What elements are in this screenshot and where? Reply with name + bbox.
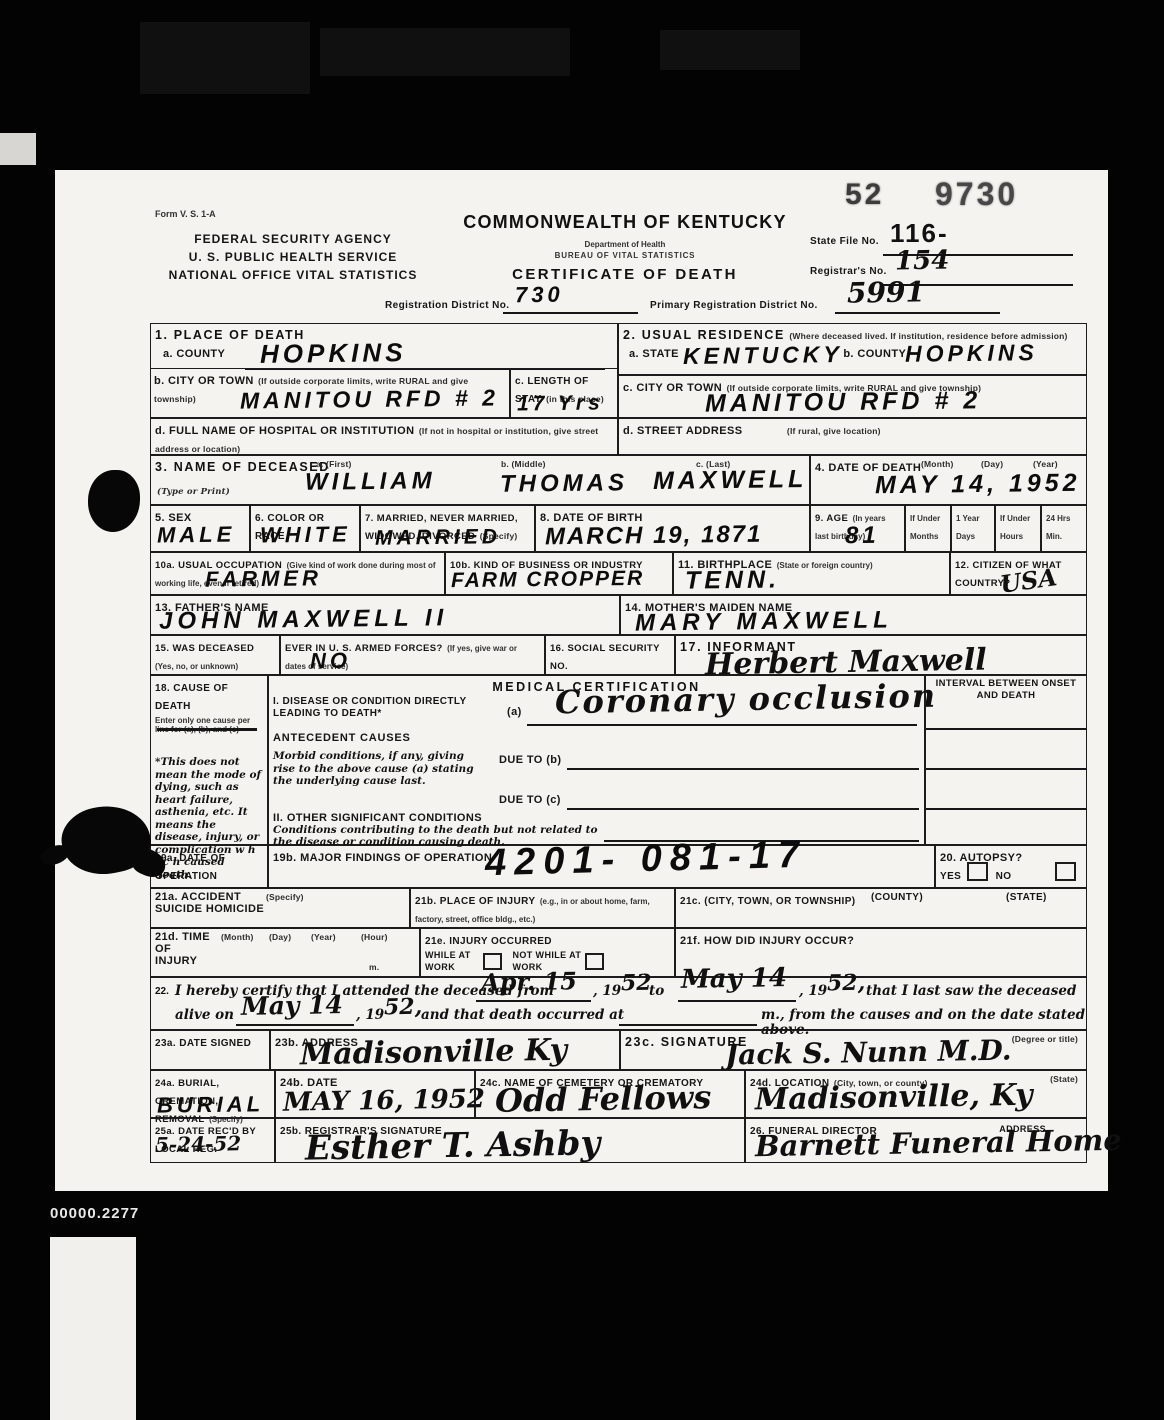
field-1a-value: HOPKINS bbox=[260, 337, 407, 370]
field-21d-m: m. bbox=[369, 963, 379, 973]
field-5-value: MALE bbox=[157, 522, 236, 549]
rule bbox=[527, 724, 917, 726]
field-21f-label: 21f. HOW DID INJURY OCCUR? bbox=[680, 935, 854, 947]
field-1c-value: 17 Yrs bbox=[517, 391, 604, 416]
other-conditions-label: II. OTHER SIGNIFICANT CONDITIONS bbox=[273, 812, 482, 824]
field-9-under24-min: 24 Hrs Min. bbox=[1041, 505, 1087, 552]
field-2d-note: (If rural, give location) bbox=[787, 426, 881, 436]
rule bbox=[678, 1000, 796, 1002]
cert-text-5: that I last saw the deceased bbox=[866, 984, 1076, 999]
field-20-no-label: NO bbox=[996, 871, 1012, 882]
field-21d-label: 21d. TIME OF INJURY bbox=[155, 931, 210, 967]
scan-artifact bbox=[660, 30, 800, 70]
field-18-label: 18. CAUSE OF DEATH bbox=[155, 683, 228, 712]
morbid-note: Morbid conditions, if any, giving rise t… bbox=[273, 750, 483, 788]
rule bbox=[476, 1000, 591, 1002]
interval-column: INTERVAL BETWEEN ONSET AND DEATH bbox=[925, 675, 1087, 845]
col-label: Months bbox=[910, 532, 938, 541]
scan-artifact bbox=[140, 22, 310, 94]
field-2c-value: MANITOU RFD # 2 bbox=[705, 386, 982, 418]
cause-of-death-value: Coronary occlusion bbox=[555, 677, 938, 722]
field-1d-hospital: d. FULL NAME OF HOSPITAL OR INSTITUTION … bbox=[150, 418, 618, 455]
due-to-c-label: DUE TO (c) bbox=[499, 794, 561, 806]
field-10b-value: FARM CROPPER bbox=[451, 567, 644, 593]
autopsy-yes-checkbox bbox=[967, 862, 988, 881]
scan-artifact bbox=[0, 133, 36, 165]
rule bbox=[835, 312, 1000, 314]
paper-edge-tab bbox=[50, 1237, 136, 1420]
field-4-value: MAY 14, 1952 bbox=[875, 469, 1081, 501]
reg-district-value: 730 bbox=[515, 282, 564, 309]
certificate-page: Form V. S. 1-A FEDERAL SECURITY AGENCY U… bbox=[55, 170, 1108, 1191]
certificate-title: CERTIFICATE OF DEATH bbox=[440, 266, 810, 283]
col-label: Days bbox=[956, 532, 975, 541]
field-10a-value: FARMER bbox=[205, 565, 322, 592]
field-3-sub: (Type or Print) bbox=[157, 488, 230, 498]
field-1a-label: a. COUNTY bbox=[163, 348, 225, 360]
field-3-label: 3. NAME OF DECEASED bbox=[155, 460, 330, 474]
primary-district-value: 5991 bbox=[847, 275, 926, 309]
form-number: Form V. S. 1-A bbox=[155, 210, 216, 219]
field-8-value: MARCH 19, 1871 bbox=[545, 521, 763, 552]
rule bbox=[926, 768, 1086, 770]
field-3-first-value: WILLIAM bbox=[305, 467, 436, 497]
rule bbox=[567, 808, 919, 810]
cert-from-date: Apr. 15 bbox=[481, 973, 577, 990]
col-label: 24 Hrs bbox=[1046, 514, 1070, 523]
field-9-under24-hours: If Under Hours bbox=[995, 505, 1041, 552]
field-11-note: (State or foreign country) bbox=[777, 561, 873, 570]
field-2a-label: a. STATE bbox=[629, 348, 679, 360]
field-15-value: NO bbox=[310, 648, 351, 674]
field-6-value: WHITE bbox=[260, 521, 351, 548]
agency-line: NATIONAL OFFICE VITAL STATISTICS bbox=[143, 266, 443, 284]
antecedent-label: ANTECEDENT CAUSES bbox=[273, 732, 411, 744]
field-21a-label: 21a. ACCIDENT SUICIDE HOMICIDE bbox=[155, 891, 265, 915]
field-15-label: 15. WAS DECEASED bbox=[155, 643, 254, 654]
field-3-middle-label: b. (Middle) bbox=[501, 460, 546, 470]
state-file-value: 116- bbox=[890, 218, 949, 249]
interval-label: INTERVAL BETWEEN ONSET AND DEATH bbox=[930, 678, 1082, 702]
field-21d-month: (Month) bbox=[221, 933, 254, 943]
field-21c-city-town: 21c. (CITY, TOWN, OR TOWNSHIP) (COUNTY) … bbox=[675, 888, 1087, 928]
field-11-value: TENN. bbox=[685, 565, 780, 595]
microfilm-number: 00000.2277 bbox=[50, 1205, 139, 1222]
col-label: Hours bbox=[1000, 532, 1023, 541]
field-21e-while: WHILE AT WORK bbox=[425, 949, 480, 973]
field-18-note: Enter only one cause per line for (a), (… bbox=[155, 716, 263, 734]
field-3-middle-value: THOMAS bbox=[500, 469, 628, 499]
stamp-number-left: 52 bbox=[845, 178, 884, 212]
stamp-number-right: 9730 bbox=[935, 176, 1018, 213]
field-21b-place-of-injury: 21b. PLACE OF INJURY (e.g., in or about … bbox=[410, 888, 675, 928]
cert-text-8: and that death occurred at bbox=[421, 1008, 624, 1023]
reg-district-label: Registration District No. bbox=[385, 300, 509, 312]
cert-year-2: 52, bbox=[827, 976, 866, 992]
commonwealth-title: COMMONWEALTH OF KENTUCKY bbox=[440, 212, 810, 233]
field-21a-accident: 21a. ACCIDENT SUICIDE HOMICIDE (Specify) bbox=[150, 888, 410, 928]
field-15-note: (Yes, no, or unknown) bbox=[155, 662, 238, 671]
bureau-line: BUREAU OF VITAL STATISTICS bbox=[440, 251, 810, 260]
field-24b-value: MAY 16, 1952 bbox=[283, 1084, 485, 1118]
registrar-no-value: 154 bbox=[895, 246, 950, 277]
field-9-under1-days: 1 Year Days bbox=[951, 505, 995, 552]
field-7-value: MARRIED bbox=[375, 525, 501, 551]
field-16-label: 16. SOCIAL SECURITY NO. bbox=[550, 643, 660, 672]
cert-text-4: , 19 bbox=[799, 984, 827, 999]
field-25b-value: Esther T. Ashby bbox=[305, 1123, 601, 1168]
field-23a-date-signed: 23a. DATE SIGNED bbox=[150, 1030, 270, 1070]
field-3-last-value: MAXWELL bbox=[653, 465, 808, 496]
field-23c-value: Jack S. Nunn M.D. bbox=[725, 1034, 1012, 1072]
disease-condition-label: I. DISEASE OR CONDITION DIRECTLY LEADING… bbox=[273, 696, 503, 720]
field-24d-state: (State) bbox=[1050, 1075, 1078, 1085]
field-24d-value: Madisonville, Ky bbox=[755, 1078, 1033, 1118]
cert-year-3: 52, bbox=[384, 1000, 423, 1016]
not-while-at-work-checkbox bbox=[585, 953, 604, 970]
field-4-month: (Month) bbox=[921, 460, 954, 470]
col-label: If Under bbox=[1000, 514, 1030, 523]
field-2a-value: KENTUCKY bbox=[683, 341, 843, 370]
field-2d-street: d. STREET ADDRESS (If rural, give locati… bbox=[618, 418, 1087, 455]
field-21c-county: (COUNTY) bbox=[871, 892, 923, 904]
a-tag: (a) bbox=[507, 706, 522, 718]
field-13-value: JOHN MAXWELL II bbox=[159, 604, 449, 636]
field-21c-state: (STATE) bbox=[1006, 892, 1047, 904]
field-2b-value: HOPKINS bbox=[905, 339, 1038, 368]
cert-alive-date: May 14 bbox=[241, 997, 343, 1014]
col-label: If Under bbox=[910, 514, 940, 523]
field-21d-year: (Year) bbox=[311, 933, 336, 943]
cert-text-7: , 19 bbox=[356, 1008, 384, 1023]
field-21c-label: 21c. (CITY, TOWN, OR TOWNSHIP) bbox=[680, 896, 856, 907]
field-9-label: 9. AGE bbox=[815, 513, 848, 524]
dept-line: Department of Health bbox=[440, 240, 810, 249]
field-15-label2: EVER IN U. S. ARMED FORCES? bbox=[285, 643, 443, 654]
cert-text-6: alive on bbox=[175, 1008, 234, 1023]
field-22-certification: 22. I hereby certify that I attended the… bbox=[150, 977, 1087, 1030]
agency-line: FEDERAL SECURITY AGENCY bbox=[143, 230, 443, 248]
field-2d-label: d. STREET ADDRESS bbox=[623, 425, 742, 437]
field-21e-label: 21e. INJURY OCCURRED bbox=[425, 936, 552, 947]
rule bbox=[236, 1024, 354, 1026]
title-block: COMMONWEALTH OF KENTUCKY Department of H… bbox=[440, 212, 810, 283]
field-19b-value: 4201- 081-17 bbox=[484, 834, 807, 885]
rule bbox=[926, 808, 1086, 810]
autopsy-no-checkbox bbox=[1055, 862, 1076, 881]
field-22-number: 22. bbox=[155, 984, 169, 999]
agency-line: U. S. PUBLIC HEALTH SERVICE bbox=[143, 248, 443, 266]
field-1b-value: MANITOU RFD # 2 bbox=[240, 384, 499, 414]
field-19a-label: 19a. DATE OF OPERATION bbox=[155, 853, 225, 882]
state-file-label: State File No. bbox=[810, 236, 879, 248]
due-to-b-label: DUE TO (b) bbox=[499, 754, 561, 766]
field-19a-date-operation: 19a. DATE OF OPERATION bbox=[150, 845, 268, 888]
rule bbox=[926, 728, 1086, 730]
field-24a-value: BURIAL bbox=[157, 1091, 264, 1118]
field-25a-value: 5-24-52 bbox=[155, 1131, 242, 1157]
scanned-death-certificate: { "scan": { "film_number": "00000.2277",… bbox=[0, 0, 1164, 1420]
cert-year-1: 52 bbox=[621, 976, 652, 992]
field-9-under1-months: If Under Months bbox=[905, 505, 951, 552]
field-1b-label: b. CITY OR TOWN bbox=[154, 375, 254, 387]
rule bbox=[567, 768, 919, 770]
field-19b-label: 19b. MAJOR FINDINGS OF OPERATION bbox=[273, 852, 492, 864]
field-21d-time-of-injury: 21d. TIME OF INJURY (Month) (Day) (Year)… bbox=[150, 928, 420, 977]
field-23b-value: Madisonville Ky bbox=[300, 1033, 568, 1073]
rule bbox=[503, 312, 638, 314]
field-16-ssn: 16. SOCIAL SECURITY NO. bbox=[545, 635, 675, 675]
field-2-label: 2. USUAL RESIDENCE bbox=[623, 328, 785, 342]
field-26-value: Barnett Funeral Home bbox=[755, 1123, 1122, 1163]
field-21a-note: (Specify) bbox=[266, 893, 304, 903]
field-15-was-deceased: 15. WAS DECEASED (Yes, no, or unknown) bbox=[150, 635, 280, 675]
primary-district-label: Primary Registration District No. bbox=[650, 300, 818, 312]
cert-to-date: May 14 bbox=[681, 971, 787, 988]
field-23c-degree: (Degree or title) bbox=[1012, 1035, 1078, 1045]
cert-text-2: , 19 bbox=[593, 984, 621, 999]
col-label: 1 Year bbox=[956, 514, 979, 523]
agency-block: FEDERAL SECURITY AGENCY U. S. PUBLIC HEA… bbox=[143, 230, 443, 284]
field-21d-hour: (Hour) bbox=[361, 933, 388, 943]
rule bbox=[157, 728, 257, 731]
col-label: Min. bbox=[1046, 532, 1062, 541]
rule bbox=[619, 1024, 757, 1026]
field-21b-label: 21b. PLACE OF INJURY bbox=[415, 896, 535, 907]
field-23a-label: 23a. DATE SIGNED bbox=[155, 1038, 251, 1049]
field-21d-day: (Day) bbox=[269, 933, 291, 943]
field-20-yes-label: YES bbox=[940, 871, 961, 882]
field-1d-label: d. FULL NAME OF HOSPITAL OR INSTITUTION bbox=[155, 425, 414, 437]
scan-artifact bbox=[320, 28, 570, 76]
field-24c-value: Odd Fellows bbox=[495, 1078, 712, 1120]
field-14-value: MARY MAXWELL bbox=[635, 606, 893, 637]
field-18-cause-of-death: 18. CAUSE OF DEATH Enter only one cause … bbox=[150, 675, 268, 845]
field-9-value: 81 bbox=[845, 522, 880, 550]
cert-text-3: to bbox=[649, 984, 664, 999]
field-4-day: (Day) bbox=[981, 460, 1003, 470]
field-2b-label: b. COUNTY bbox=[843, 348, 906, 360]
